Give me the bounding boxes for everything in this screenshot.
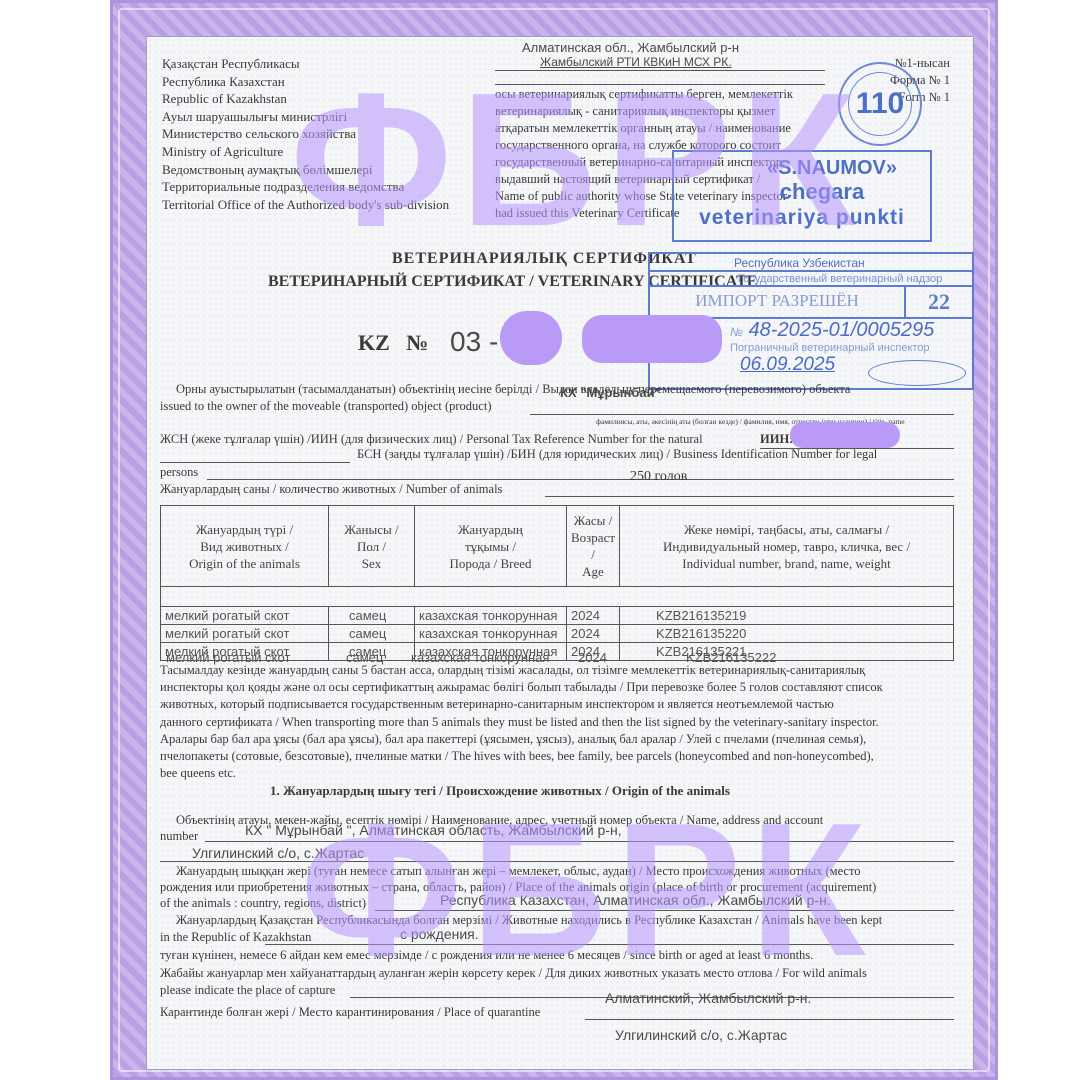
header-line: Republic of Kazakhstan xyxy=(162,90,449,108)
header-line: Ведомствоның аумақтық бөлімшелері xyxy=(162,161,449,179)
round-veterinary-stamp: 110 xyxy=(838,62,922,146)
transport-notes: Тасымалдау кезінде жануардың саны 5 баст… xyxy=(160,662,956,782)
object-label-number: number xyxy=(160,829,198,844)
col-species: Жануардың түрі /Вид животных /Origin of … xyxy=(161,506,329,587)
col-breed: Жануардыңтұқымы /Порода / Breed xyxy=(415,506,567,587)
origin-label-3: of the animals : country, regions, distr… xyxy=(160,896,366,911)
iin-prefix: ИИН: xyxy=(760,432,793,447)
bin-label: БСН (заңды тұлғалар үшін) /БИН (для юрид… xyxy=(357,447,877,462)
quarantine-label: Карантинде болған жері / Место карантини… xyxy=(160,1005,540,1020)
kept-label-2: in the Republic of Kazakhstan xyxy=(160,930,311,945)
section-1-title: 1. Жануарлардың шығу тегі / Происхождени… xyxy=(270,783,730,799)
col-age: Жасы /Возраст /Age xyxy=(567,506,620,587)
col-sex: Жанысы /Пол /Sex xyxy=(329,506,415,587)
header-line: Territorial Office of the Authorized bod… xyxy=(162,196,449,214)
quarantine-value: Улгилинский с/о, с.Жартас xyxy=(615,1027,787,1043)
header-line: Қазақстан Республикасы xyxy=(162,55,449,73)
redacted-cert-part2 xyxy=(582,315,722,363)
col-id: Жеке нөмірі, таңбасы, аты, салмағы /Инди… xyxy=(620,506,954,587)
object-value-2: Улгилинский с/о, с.Жартас xyxy=(192,845,364,861)
redacted-iin xyxy=(790,422,900,448)
animals-table: Жануардың түрі /Вид животных /Origin of … xyxy=(160,505,954,661)
signature-icon xyxy=(868,360,966,386)
table-row: мелкий рогатый скотсамецказахская тонкор… xyxy=(161,607,954,625)
header-line: Министерство сельского хозяйства xyxy=(162,125,449,143)
permit-number: 48-2025-01/0005295 xyxy=(749,319,935,341)
kept-label-1: Жануарлардың Қазақстан Республикасында б… xyxy=(176,913,882,928)
border-veterinary-stamp: «S.NAUMOV» chegara veterinariya punkti xyxy=(672,150,932,242)
animal-count-value: 250 голов xyxy=(630,469,687,485)
header-line: Республика Казахстан xyxy=(162,73,449,91)
header-line: Ауыл шаруашылығы министрлігі xyxy=(162,108,449,126)
issuer-office: Жамбылский РТИ КВКиН МСХ РК. xyxy=(540,55,732,69)
object-value-1: КХ " Мұрынбай ", Алматинская область, Жа… xyxy=(245,822,622,838)
cert-series: 03 - xyxy=(450,326,498,358)
cert-prefix: KZ № xyxy=(358,330,428,356)
table-row: мелкий рогатый скотсамецказахская тонкор… xyxy=(161,625,954,643)
wild-value: Алматинский, Жамбылский р-н. xyxy=(605,990,811,1006)
wild-label-1: Жабайы жануарлар мен хайуанаттардың аула… xyxy=(160,966,867,981)
kept-note: туған күнінен, немесе 6 айдан кем емес м… xyxy=(160,948,813,963)
issuing-authority-block: Қазақстан Республикасы Республика Казахс… xyxy=(162,55,449,213)
owner-label: Орны ауыстырылатын (тасымалданатын) объе… xyxy=(176,382,850,397)
wild-label-2: please indicate the place of capture xyxy=(160,983,335,998)
kept-value: с рождения. xyxy=(400,926,479,942)
header-line: Территориальные подразделения ведомства xyxy=(162,178,449,196)
origin-label-1: Жануардың шыққан жері (туған немесе саты… xyxy=(176,864,861,879)
animal-count-label: Жануарлардың саны / количество животных … xyxy=(160,482,502,497)
bin-label-persons: persons xyxy=(160,465,198,480)
header-line: Ministry of Agriculture xyxy=(162,143,449,161)
owner-label-en: issued to the owner of the moveable (tra… xyxy=(160,399,492,414)
origin-value: Республика Казахстан, Алматинская обл., … xyxy=(440,892,831,908)
owner-value: КХ "Мұрынбай" xyxy=(560,385,661,400)
iin-label: ЖСН (жеке тұлғалар үшін) /ИИН (для физич… xyxy=(160,432,703,447)
redacted-cert-part1 xyxy=(500,311,562,365)
issuer-region: Алматинская обл., Жамбылский р-н xyxy=(522,40,739,55)
